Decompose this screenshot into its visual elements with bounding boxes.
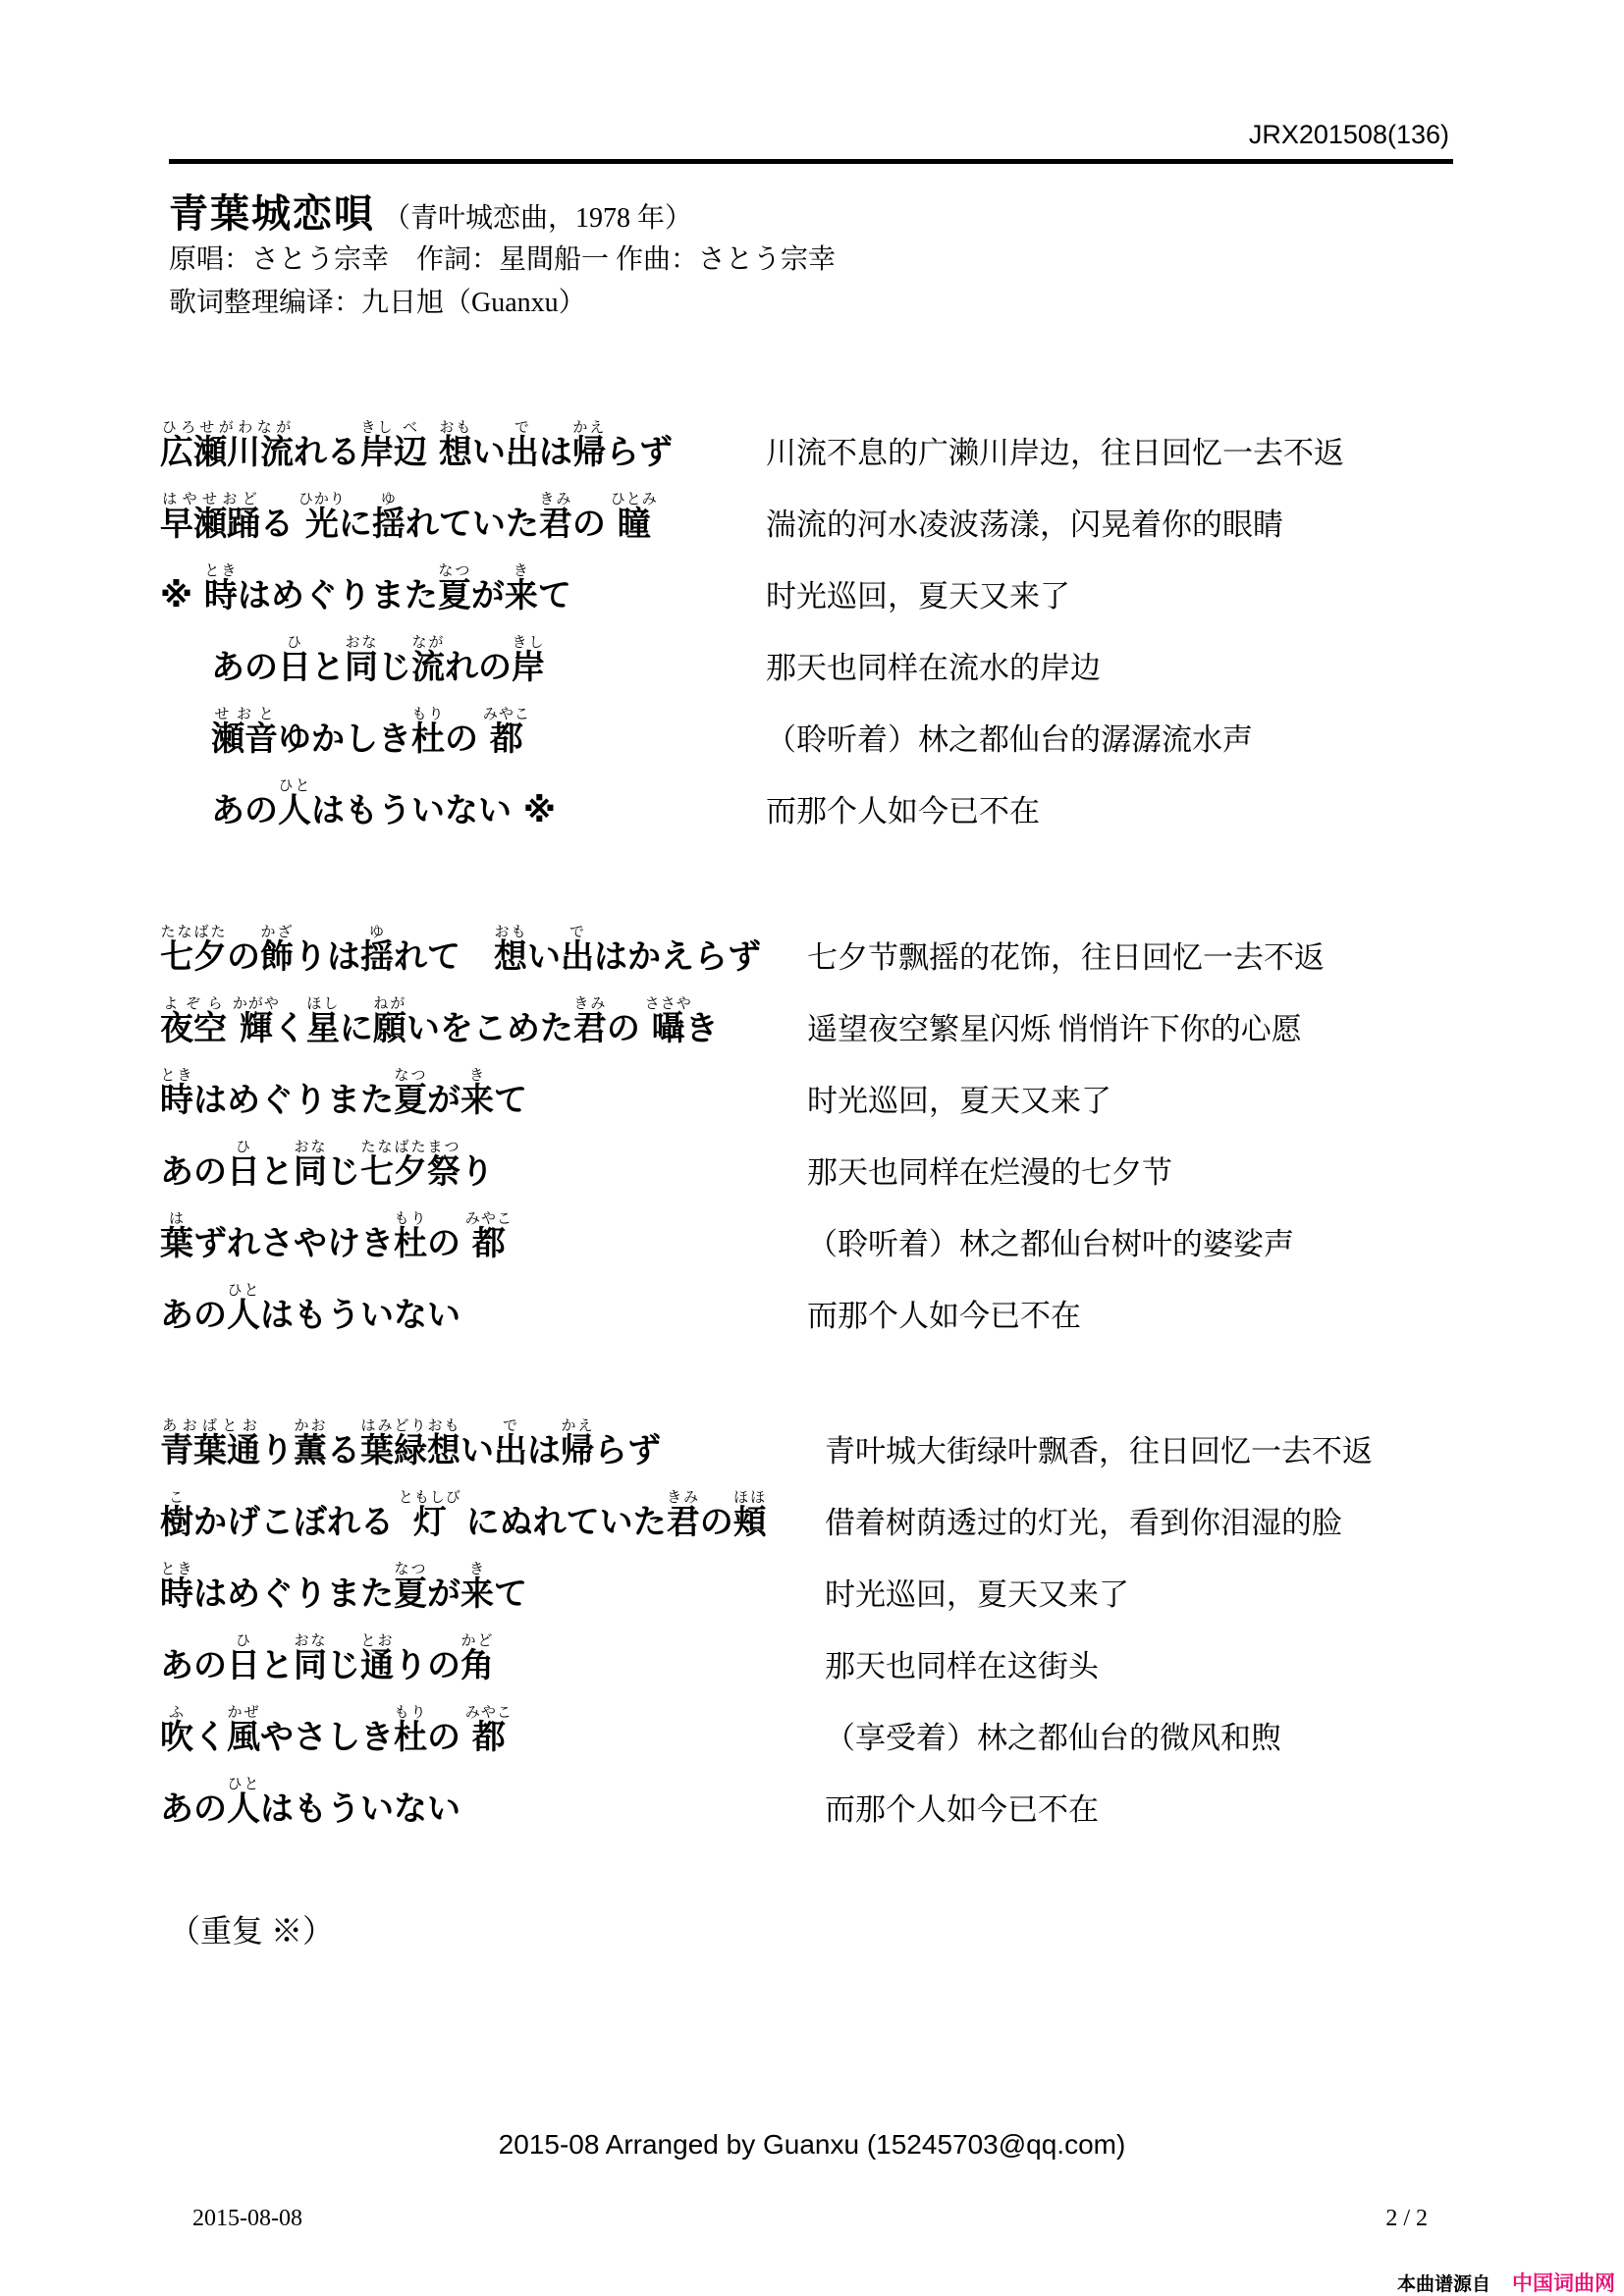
jp-lyric: 七夕たなばたの飾かざりは揺ゆれて 想おもい出ではかえらず <box>160 923 807 979</box>
zh-translation: 时光巡回，夏天又来了 <box>825 1578 1129 1616</box>
lyric-row: 瀬音せおとゆかしき杜もりの 都みやこ（聆听着）林之都仙台的潺潺流水声 <box>160 689 1614 761</box>
jp-lyric: あの人ひとはもういない <box>160 1281 807 1337</box>
jp-lyric: 青葉通あおばとおり薫かおる葉緑想はみどりおもい出では帰かえらず <box>160 1416 825 1472</box>
jp-lyric: 時ときはめぐりまた夏なつが来きて <box>160 1560 825 1616</box>
jp-lyric: 広瀬川流ひろせがわながれる岸きし辺べ 想おもい出では帰かえらず <box>160 418 766 474</box>
zh-translation: （聆听着）林之都仙台的潺潺流水声 <box>766 723 1253 761</box>
footer-date: 2015-08-08 <box>192 2205 302 2233</box>
lyric-row: あの人ひとはもういない而那个人如今已不在 <box>160 1265 1614 1337</box>
source-prefix: 本曲谱源自 <box>1397 2269 1490 2296</box>
lyric-row: 夜空よぞら 輝かがやく星ほしに願ねがいをこめた君きみの 囁ささやき遥望夜空繁星闪… <box>160 979 1614 1050</box>
lyric-row: あの日ひと同おなじ通とおりの角かど那天也同样在这街头 <box>160 1616 1614 1687</box>
source-attribution: 本曲谱源自 中国词曲网 <box>1397 2268 1615 2296</box>
lyric-row: ※ 時ときはめぐりまた夏なつが来きて时光巡回，夏天又来了 <box>160 546 1614 617</box>
jp-lyric: あの日ひと同おなじ流ながれの岸きし <box>160 633 766 689</box>
lyric-row: 早瀬踊はやせおどる 光ひかりに揺ゆれていた君きみの 瞳ひとみ湍流的河水凌波荡漾，… <box>160 474 1614 546</box>
jp-lyric: 夜空よぞら 輝かがやく星ほしに願ねがいをこめた君きみの 囁ささやき <box>160 994 807 1050</box>
song-title: 青葉城恋唄 <box>169 194 375 234</box>
zh-translation: 而那个人如今已不在 <box>807 1300 1081 1337</box>
lyric-row: 樹こかげこぼれる 灯ともしび にぬれていた君きみの頬ほほ借着树荫透过的灯光，看到… <box>160 1472 1614 1544</box>
zh-translation: 而那个人如今已不在 <box>766 795 1040 832</box>
zh-translation: 借着树荫透过的灯光，看到你泪湿的脸 <box>825 1507 1342 1544</box>
lyric-row: 広瀬川流ひろせがわながれる岸きし辺べ 想おもい出では帰かえらず川流不息的广濑川岸… <box>160 402 1614 474</box>
jp-lyric: 樹こかげこぼれる 灯ともしび にぬれていた君きみの頬ほほ <box>160 1488 825 1544</box>
zh-translation: 时光巡回，夏天又来了 <box>766 580 1070 617</box>
lyric-row: 葉はずれさやけき杜もりの 都みやこ（聆听着）林之都仙台树叶的婆娑声 <box>160 1194 1614 1265</box>
credits-line: 原唱：さとう宗幸 作詞：星間船一 作曲：さとう宗幸 <box>169 243 836 277</box>
jp-lyric: 葉はずれさやけき杜もりの 都みやこ <box>160 1209 807 1265</box>
lyric-row: 青葉通あおばとおり薫かおる葉緑想はみどりおもい出では帰かえらず青叶城大街绿叶飘香… <box>160 1401 1614 1472</box>
jp-lyric: あの人ひとはもういない ※ <box>160 776 766 832</box>
document-code: JRX201508(136) <box>1249 122 1449 148</box>
zh-translation: 那天也同样在烂漫的七夕节 <box>807 1156 1172 1194</box>
lyric-row: あの人ひとはもういない而那个人如今已不在 <box>160 1759 1614 1831</box>
title-line: 青葉城恋唄 （青叶城恋曲，1978 年） <box>169 194 692 234</box>
verse-2: 七夕たなばたの飾かざりは揺ゆれて 想おもい出ではかえらず七夕节飘摇的花饰，往日回… <box>160 907 1614 1337</box>
lyric-row: あの日ひと同おなじ七夕祭たなばたまつり那天也同样在烂漫的七夕节 <box>160 1122 1614 1194</box>
zh-translation: 那天也同样在这街头 <box>825 1650 1099 1687</box>
zh-translation: 那天也同样在流水的岸边 <box>766 652 1101 689</box>
source-site-name: 中国词曲网 <box>1512 2268 1615 2296</box>
jp-lyric: ※ 時ときはめぐりまた夏なつが来きて <box>160 561 766 617</box>
lyrics-page: JRX201508(136) 青葉城恋唄 （青叶城恋曲，1978 年） 原唱：さ… <box>0 0 1624 2296</box>
jp-lyric: 瀬音せおとゆかしき杜もりの 都みやこ <box>160 705 766 761</box>
jp-lyric: あの日ひと同おなじ通とおりの角かど <box>160 1631 825 1687</box>
zh-translation: 青叶城大街绿叶飘香，往日回忆一去不返 <box>825 1435 1373 1472</box>
zh-translation: （聆听着）林之都仙台树叶的婆娑声 <box>807 1228 1294 1265</box>
jp-lyric: 早瀬踊はやせおどる 光ひかりに揺ゆれていた君きみの 瞳ひとみ <box>160 490 766 546</box>
zh-translation: 时光巡回，夏天又来了 <box>807 1085 1111 1122</box>
zh-translation: 七夕节飘摇的花饰，往日回忆一去不返 <box>807 941 1325 979</box>
jp-lyric: 時ときはめぐりまた夏なつが来きて <box>160 1066 807 1122</box>
jp-lyric: あの人ひとはもういない <box>160 1775 825 1831</box>
lyric-row: あの人ひとはもういない ※而那个人如今已不在 <box>160 761 1614 832</box>
jp-lyric: 吹ふく風かぜやさしき杜もりの 都みやこ <box>160 1703 825 1759</box>
zh-translation: 遥望夜空繁星闪烁 悄悄许下你的心愿 <box>807 1013 1302 1050</box>
verse-3: 青葉通あおばとおり薫かおる葉緑想はみどりおもい出では帰かえらず青叶城大街绿叶飘香… <box>160 1401 1614 1831</box>
zh-translation: （享受着）林之都仙台的微风和煦 <box>825 1722 1281 1759</box>
repeat-note: （重复 ※） <box>169 1912 334 1949</box>
page-number: 2 / 2 <box>1385 2205 1428 2233</box>
verse-1: 広瀬川流ひろせがわながれる岸きし辺べ 想おもい出では帰かえらず川流不息的广濑川岸… <box>160 402 1614 832</box>
header-divider <box>169 159 1453 164</box>
lyric-row: 時ときはめぐりまた夏なつが来きて时光巡回，夏天又来了 <box>160 1050 1614 1122</box>
zh-translation: 川流不息的广濑川岸边，往日回忆一去不返 <box>766 437 1344 474</box>
song-title-note: （青叶城恋曲，1978 年） <box>383 205 692 233</box>
lyric-row: 吹ふく風かぜやさしき杜もりの 都みやこ（享受着）林之都仙台的微风和煦 <box>160 1687 1614 1759</box>
lyric-row: あの日ひと同おなじ流ながれの岸きし那天也同样在流水的岸边 <box>160 617 1614 689</box>
zh-translation: 而那个人如今已不在 <box>825 1793 1099 1831</box>
zh-translation: 湍流的河水凌波荡漾，闪晃着你的眼睛 <box>766 508 1283 546</box>
lyric-row: 時ときはめぐりまた夏なつが来きて时光巡回，夏天又来了 <box>160 1544 1614 1616</box>
jp-lyric: あの日ひと同おなじ七夕祭たなばたまつり <box>160 1138 807 1194</box>
editor-line: 歌词整理编译：九日旭（Guanxu） <box>169 287 586 320</box>
arranger-line: 2015-08 Arranged by Guanxu (15245703@qq.… <box>0 2128 1624 2162</box>
lyric-row: 七夕たなばたの飾かざりは揺ゆれて 想おもい出ではかえらず七夕节飘摇的花饰，往日回… <box>160 907 1614 979</box>
